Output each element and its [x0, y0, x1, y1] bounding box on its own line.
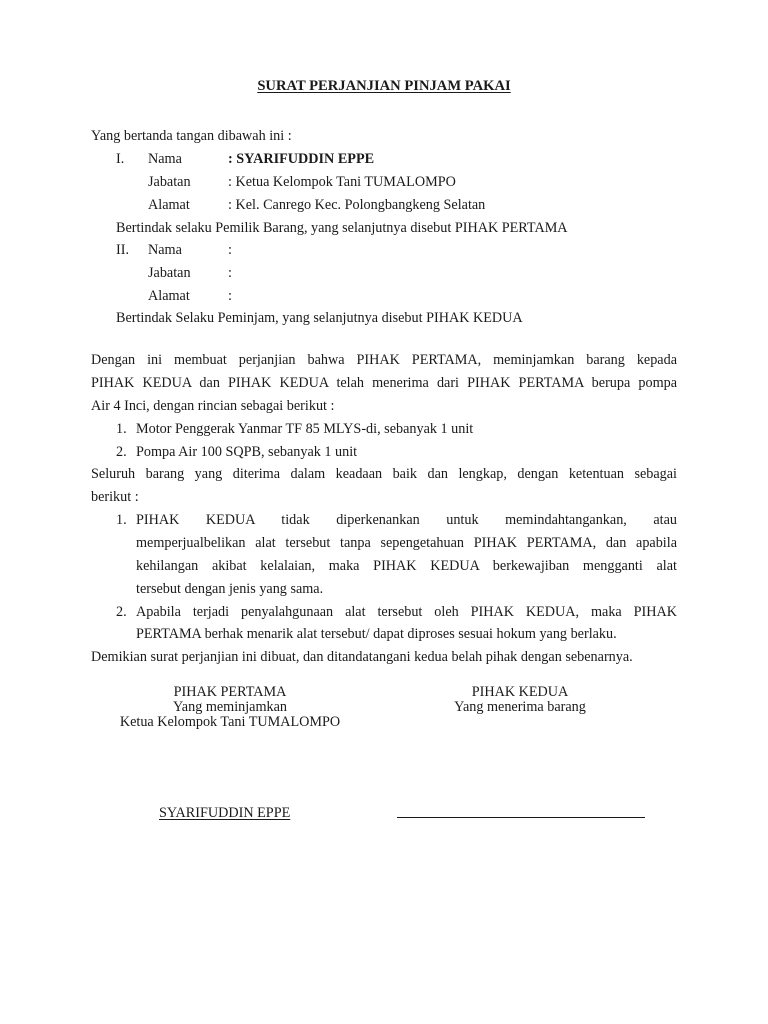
signature-first-party: PIHAK PERTAMA Yang meminjamkan Ketua Kel… — [90, 685, 370, 730]
party1-position-label: Jabatan — [148, 173, 191, 191]
item-1-text: Motor Penggerak Yanmar TF 85 MLYS-di, se… — [136, 420, 473, 438]
party2-address-label: Alamat — [148, 287, 190, 305]
closing-statement: Demikian surat perjanjian ini dibuat, da… — [91, 648, 633, 666]
condition-2-line-2: PERTAMA berhak menarik alat tersebut/ da… — [136, 625, 677, 643]
condition-2-number: 2. — [116, 603, 127, 621]
condition-1-line-1: PIHAK KEDUA tidak diperkenankan untuk me… — [136, 511, 677, 529]
document-title-text: SURAT PERJANJIAN PINJAM PAKAI — [257, 78, 510, 94]
conditions-intro-line-1: Seluruh barang yang diterima dalam keada… — [91, 465, 677, 483]
agreement-line-2: PIHAK KEDUA dan PIHAK KEDUA telah meneri… — [91, 374, 677, 392]
party2-role-statement: Bertindak Selaku Peminjam, yang selanjut… — [116, 309, 523, 327]
second-party-heading: PIHAK KEDUA — [400, 685, 640, 700]
condition-1-number: 1. — [116, 511, 127, 529]
party1-role-statement: Bertindak selaku Pemilik Barang, yang se… — [116, 219, 568, 237]
signature-second-party: PIHAK KEDUA Yang menerima barang — [400, 685, 640, 715]
party1-address-value: : Kel. Canrego Kec. Polongbangkeng Selat… — [228, 196, 485, 214]
party1-address-label: Alamat — [148, 196, 190, 214]
condition-1-line-3: kehilangan akibat kelalaian, maka PIHAK … — [136, 557, 677, 575]
party2-position-value: : — [228, 264, 232, 282]
condition-2-line-1: Apabila terjadi penyalahgunaan alat ters… — [136, 603, 677, 621]
party1-position-value: : Ketua Kelompok Tani TUMALOMPO — [228, 173, 456, 191]
condition-1-line-2: memperjualbelikan alat tersebut tanpa se… — [136, 534, 677, 552]
conditions-intro-line-2: berikut : — [91, 488, 677, 506]
first-party-position: Ketua Kelompok Tani TUMALOMPO — [90, 715, 370, 730]
party2-position-label: Jabatan — [148, 264, 191, 282]
item-1-number: 1. — [116, 420, 127, 438]
condition-1-line-4: tersebut dengan jenis yang sama. — [136, 580, 677, 598]
party1-number: I. — [116, 150, 124, 168]
first-party-signature-name: SYARIFUDDIN EPPE — [159, 804, 290, 822]
second-party-role: Yang menerima barang — [400, 700, 640, 715]
agreement-line-3: Air 4 Inci, dengan rincian sebagai berik… — [91, 397, 677, 415]
first-party-role: Yang meminjamkan — [90, 700, 370, 715]
second-party-signature-line — [397, 817, 645, 818]
agreement-line-1: Dengan ini membuat perjanjian bahwa PIHA… — [91, 351, 677, 369]
party2-name-value: : — [228, 241, 232, 259]
party2-number: II. — [116, 241, 129, 259]
document-title: SURAT PERJANJIAN PINJAM PAKAI — [0, 78, 768, 95]
party2-name-label: Nama — [148, 241, 182, 259]
party1-name-label: Nama — [148, 150, 182, 168]
intro-text: Yang bertanda tangan dibawah ini : — [91, 127, 292, 145]
party2-address-value: : — [228, 287, 232, 305]
first-party-heading: PIHAK PERTAMA — [90, 685, 370, 700]
item-2-text: Pompa Air 100 SQPB, sebanyak 1 unit — [136, 443, 357, 461]
party1-name-value: : SYARIFUDDIN EPPE — [228, 150, 374, 168]
item-2-number: 2. — [116, 443, 127, 461]
